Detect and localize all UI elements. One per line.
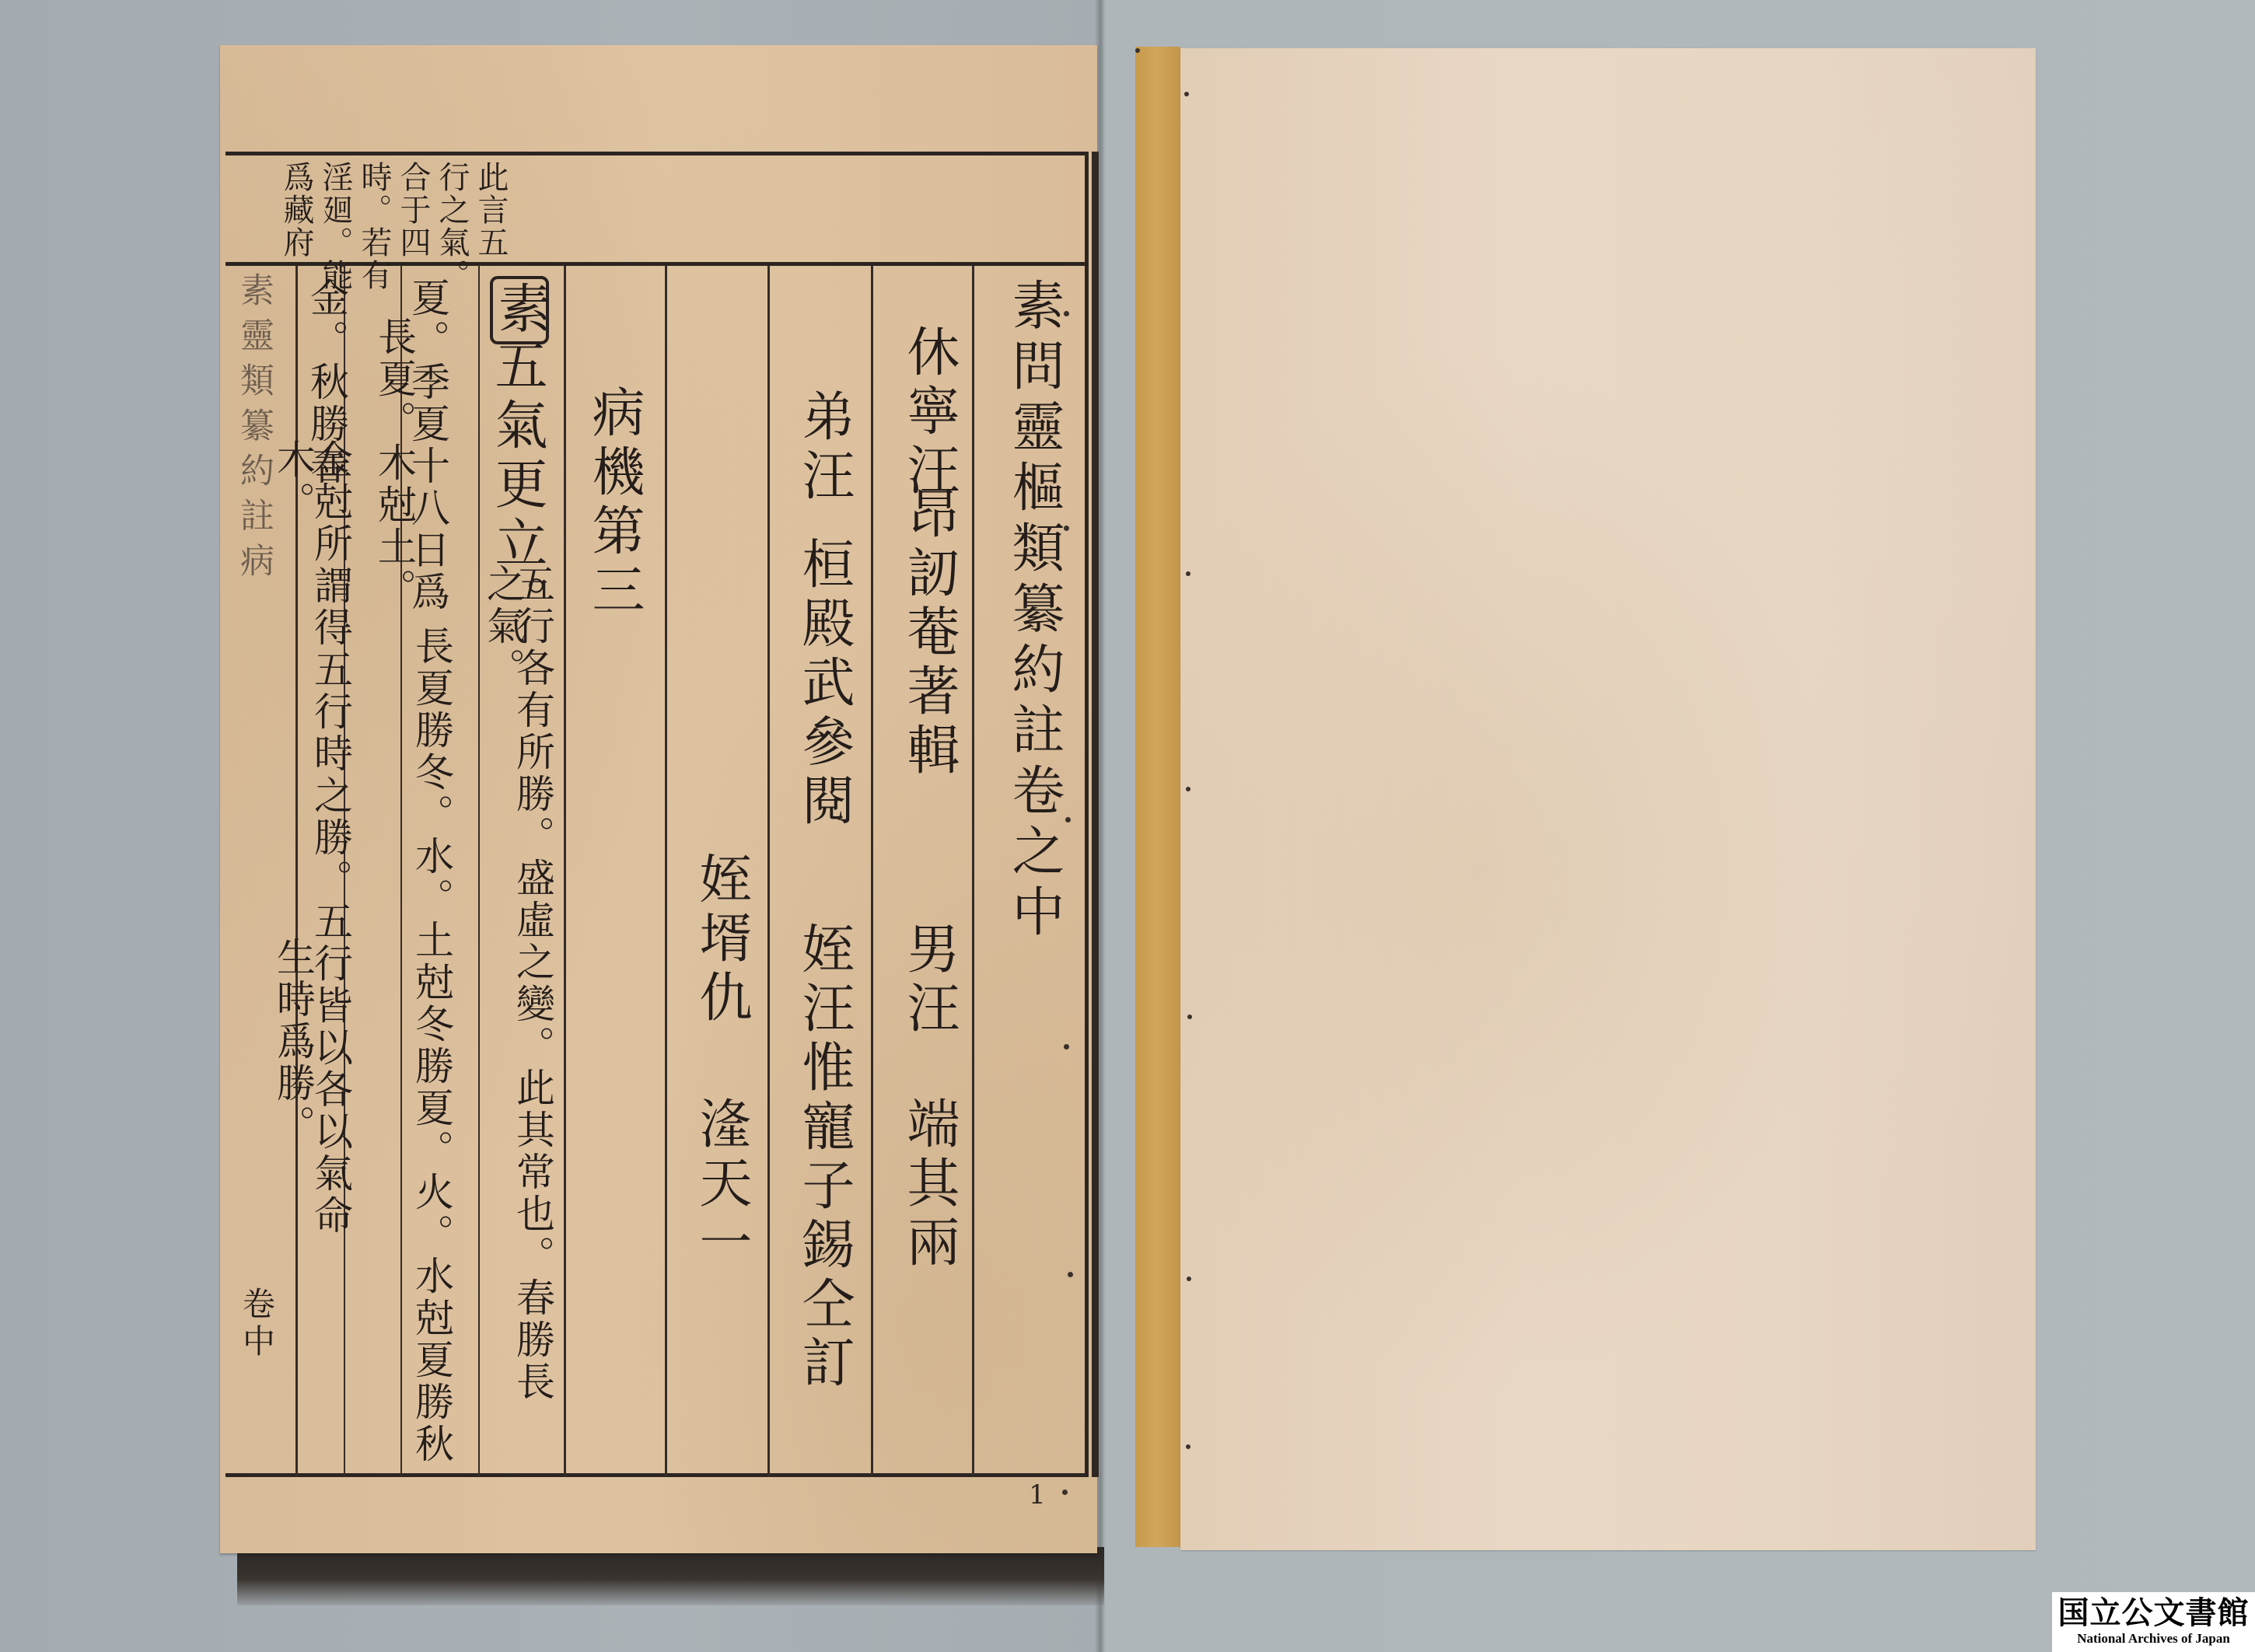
column-rule <box>564 266 566 1477</box>
column-rule <box>478 266 480 1477</box>
son-label: 男汪 <box>902 921 955 1039</box>
head-note-line: 合于四 <box>395 161 431 259</box>
text-section-marker: 素 <box>490 276 549 344</box>
head-note-line: 此言五 <box>473 161 509 259</box>
brother-label: 弟汪 <box>797 389 850 507</box>
page-stack-edge <box>237 1547 1104 1605</box>
head-note-line: 淫廻。能 <box>317 161 353 292</box>
binding-strip <box>1135 47 1180 1547</box>
main-text-note: 生時爲勝。 <box>274 937 313 1147</box>
main-text-line: 五行各有所勝。盛虛之變。此其常也。春勝長 <box>513 564 552 1403</box>
margin-title: 素靈類纂約註病 <box>229 272 278 588</box>
main-text-note: 木。 <box>274 439 313 523</box>
son-name: 端其兩 <box>902 1096 955 1273</box>
right-leaf-blank <box>1180 48 2036 1550</box>
book-title: 素問靈樞類纂約註卷之中 <box>1007 278 1060 945</box>
brother-name: 桓殿武參閱 <box>797 536 850 832</box>
main-text-line: 長夏勝冬。水。土尅冬勝夏。火。水尅夏勝秋 <box>412 626 451 1465</box>
main-text-note: 長夏。木尅土。 <box>375 316 414 610</box>
author-name: 昂訒菴著輯 <box>902 486 955 781</box>
nephew-in-law-label: 姪壻仇 <box>694 851 747 1029</box>
author-origin: 休寧汪 <box>902 324 955 501</box>
section-marker-box: 素 <box>490 276 549 344</box>
head-note-line: 爲藏府 <box>278 161 314 259</box>
head-note-line: 時。若有 <box>356 161 392 292</box>
column-rule <box>665 266 667 1477</box>
head-note-line: 行之氣。 <box>434 161 470 292</box>
nephew-name: 姪汪惟寵子錫仝訂 <box>797 921 850 1394</box>
watermark-english: National Archives of Japan <box>2077 1631 2230 1647</box>
printed-frame: 此言五 行之氣。 合于四 時。若有 淫廻。能 爲藏府 素問靈樞類纂約註卷之中 休… <box>226 152 1089 1477</box>
chapter-title: 病機第三 <box>587 385 640 621</box>
nephew-in-law-name: 湰天一 <box>694 1096 747 1273</box>
column-rule <box>767 266 770 1477</box>
column-rule <box>871 266 873 1477</box>
archive-watermark: 国立公文書館 National Archives of Japan <box>2052 1592 2255 1652</box>
main-text-line: 金尅所謂得五行時之勝。五行皆以各以氣命 <box>311 439 350 1237</box>
head-rule <box>226 262 1089 266</box>
column-rule <box>972 266 974 1477</box>
page-number: 1 <box>1029 1479 1046 1511</box>
watermark-japanese: 国立公文書館 <box>2058 1598 2250 1629</box>
margin-volume: 卷中 <box>233 1287 280 1361</box>
